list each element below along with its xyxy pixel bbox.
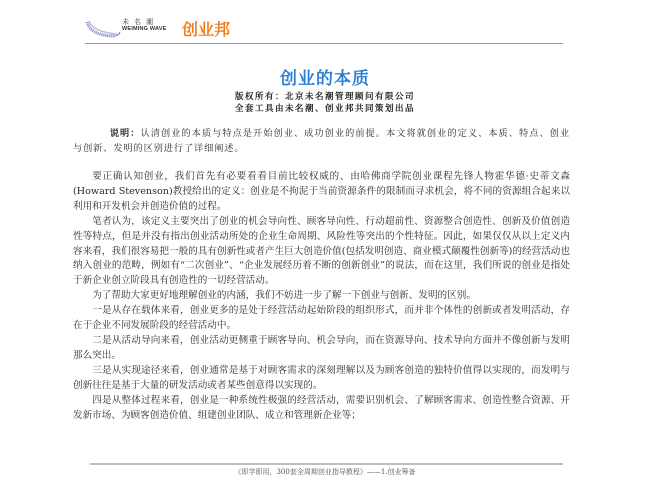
note-text: 认清创业的本质与特点是开始创业、成功创业的前提。本文将就创业的定义、本质、特点、… (73, 128, 570, 154)
body-paragraph: 笔者认为，该定义主要突出了创业的机会导向性、顾客导向性、行动超前性、资源整合创造… (73, 215, 570, 290)
document-title: 创业的本质 (0, 64, 650, 89)
page-footer: 《即学即用，300套全周期创业指导教程》——1.创业筹备 (0, 467, 650, 477)
body-paragraph: 二是从活动导向来看，创业活动更侧重于顾客导向、机会导向，而在资源导向、技术导向方… (73, 334, 570, 364)
logo-subtitle: · · · · · · · (122, 33, 172, 41)
body-paragraph: 三是从实现途径来看，创业通常是基于对顾客需求的深刻理解以及为顾客创造的独特价值得… (73, 364, 570, 394)
footer-divider (90, 463, 563, 465)
note-label: 说明： (110, 128, 141, 139)
document-header: 未名潮 WEIMING WAVE · · · · · · · 创业邦 · · ·… (85, 14, 563, 44)
weiming-wave-logo: 未名潮 WEIMING WAVE · · · · · · · (122, 18, 172, 41)
note-paragraph: 说明：认清创业的本质与特点是开始创业、成功创业的前提。本文将就创业的定义、本质、… (73, 126, 570, 156)
weiming-wave-logo-icon (85, 18, 121, 40)
header-divider (85, 43, 563, 44)
body-paragraph: 四是从整体过程来看，创业是一种系统性极强的经营活动，需要识别机会、了解顾客需求、… (73, 394, 570, 424)
logo-chinese-name: 未名潮 (122, 18, 172, 26)
chuangyebang-logo-subtitle: · · · · · (184, 36, 229, 40)
logo-english-name: WEIMING WAVE (122, 26, 172, 33)
copyright-line: 版权所有：北京未名潮管理顾问有限公司 (0, 90, 650, 102)
credits-line: 全套工具由未名潮、创业邦共同策划出品 (0, 102, 650, 114)
document-body: 说明：认清创业的本质与特点是开始创业、成功创业的前提。本文将就创业的定义、本质、… (73, 126, 570, 423)
body-paragraph: 为了帮助大家更好地理解创业的内涵，我们不妨进一步了解一下创业与创新、发明的区别。 (73, 289, 570, 304)
body-paragraph: 要正确认知创业，我们首先有必要看看目前比较权威的、由哈佛商学院创业课程先锋人物霍… (73, 170, 570, 215)
body-paragraph: 一是从存在载体来看，创业更多的是处于经营活动起始阶段的组织形式，而并非个体性的创… (73, 304, 570, 334)
